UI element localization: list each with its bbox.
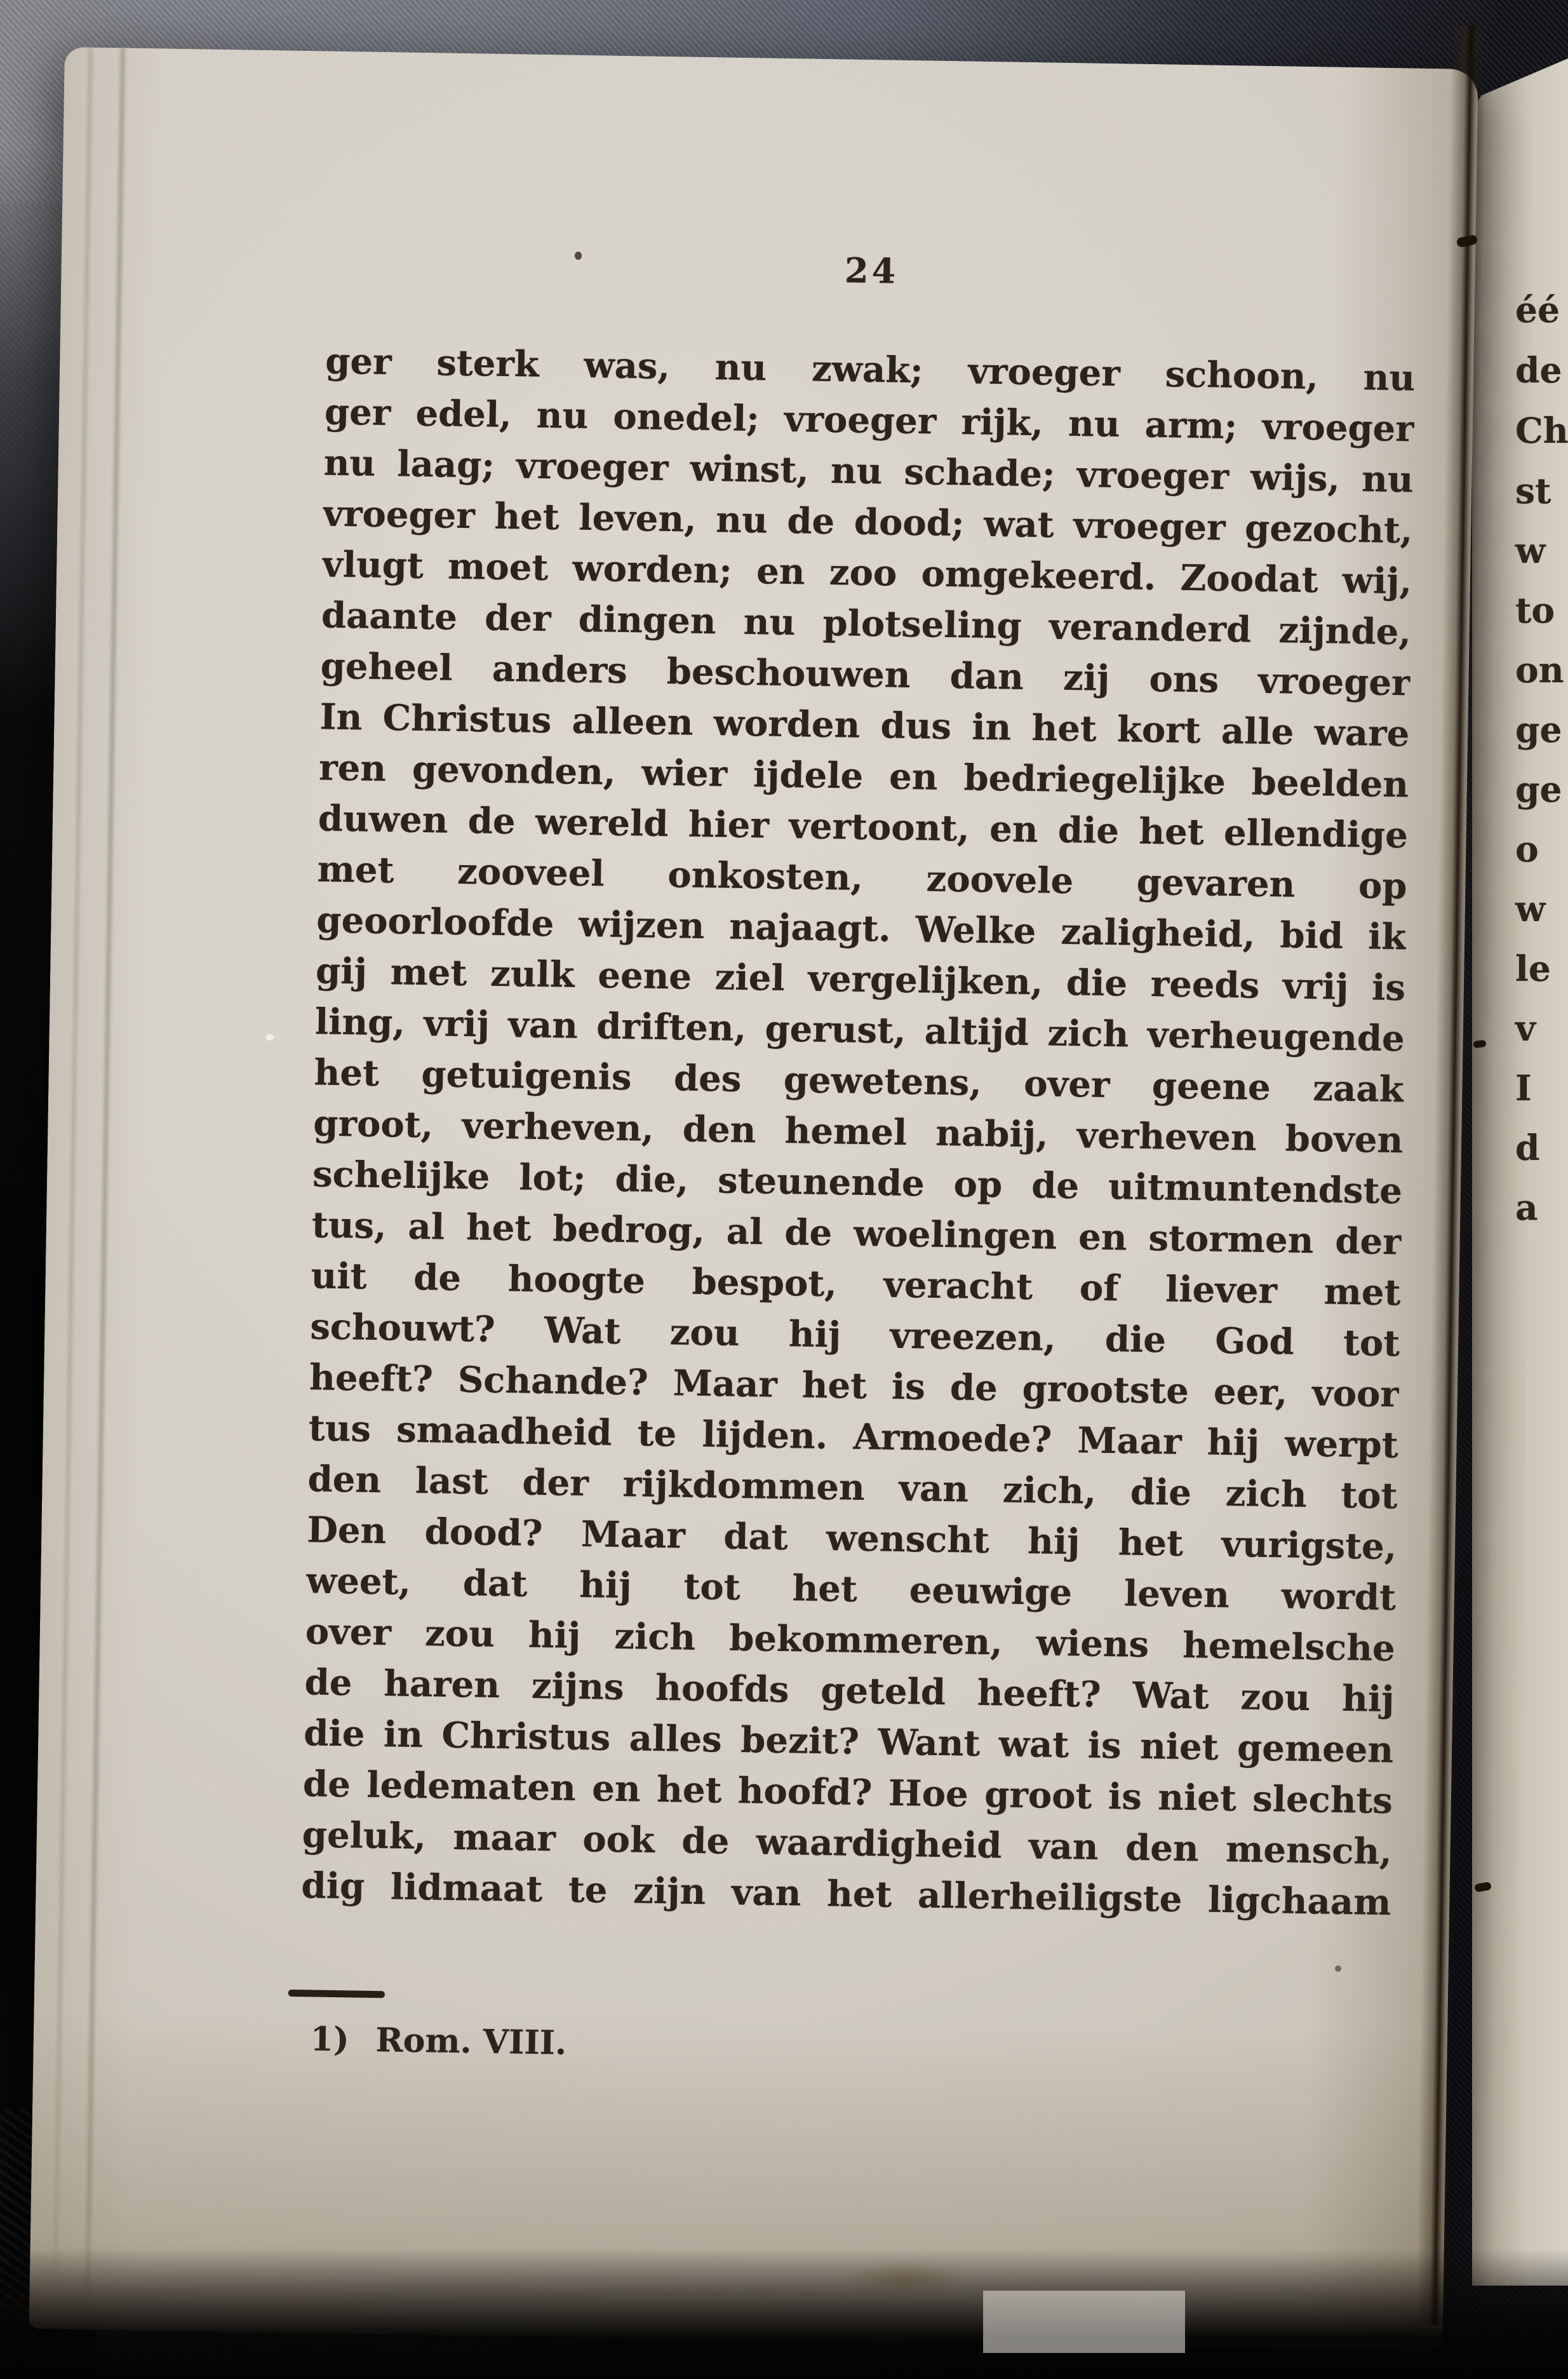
facing-page-fragment: on <box>1515 649 1568 700</box>
facing-page-fragment: w <box>1515 888 1568 939</box>
footnote-marker: 1) <box>310 2019 349 2059</box>
paper-speck <box>575 252 582 260</box>
facing-page-fragment: ge <box>1515 769 1568 819</box>
facing-page-fragment: a <box>1515 1187 1568 1237</box>
page-deckle-edge <box>85 48 125 2329</box>
page-number: 24 <box>326 242 1417 300</box>
footnote: 1)Rom. VIII. <box>310 2014 882 2073</box>
facing-page-fragment: st <box>1515 470 1568 521</box>
facing-page-fragment: d <box>1515 1127 1568 1178</box>
bottom-shadow <box>0 2249 1568 2379</box>
facing-page-fragment: le <box>1515 948 1568 999</box>
footnote-text: Rom. VIII. <box>375 2021 566 2063</box>
facing-page-fragment: I <box>1515 1067 1568 1118</box>
book-photo: éé de Ch st w to on ge ge o w le v I d a… <box>0 0 1568 2379</box>
facing-page-fragment: Ch <box>1515 410 1568 461</box>
paper-speck <box>1335 1965 1341 1972</box>
facing-page-fragment: o <box>1515 828 1568 879</box>
facing-page-edge: éé de Ch st w to on ge ge o w le v I d a <box>1472 0 1568 2286</box>
facing-page-fragment: v <box>1515 1008 1568 1058</box>
footnote-rule <box>288 1990 385 1998</box>
facing-page-fragment: de <box>1515 349 1568 400</box>
watermark-bar <box>983 2291 1185 2353</box>
facing-page-fragment: éé <box>1515 289 1568 340</box>
book-page: 24 ger sterk was, nu zwak; vroeger schoo… <box>29 47 1478 2351</box>
facing-page-fragment: to <box>1515 590 1568 640</box>
paper-speck <box>265 1034 274 1041</box>
body-text: ger sterk was, nu zwak; vroeger schoon, … <box>301 336 1416 1929</box>
facing-page-fragment: w <box>1515 530 1568 581</box>
facing-page-fragment: ge <box>1515 709 1568 760</box>
page-deckle-edge <box>53 48 92 2329</box>
